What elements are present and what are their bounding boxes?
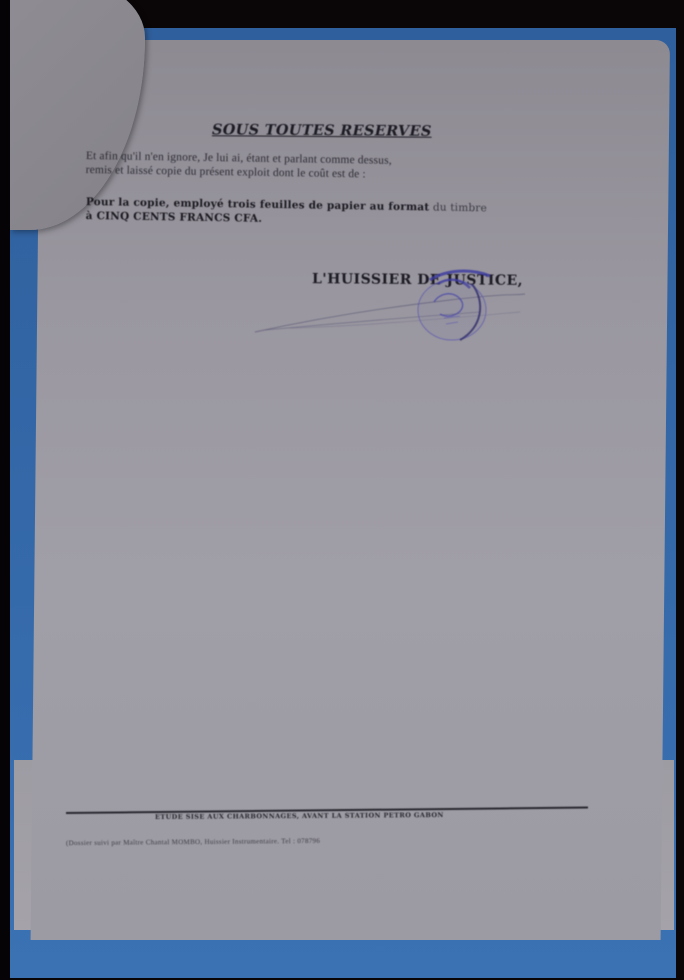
document-text: SOUS TOUTES RESERVES Et afin qu'il n'en …	[0, 0, 684, 980]
paragraph-service: Et afin qu'il n'en ignore, Je lui ai, ét…	[86, 150, 566, 185]
document-heading: SOUS TOUTES RESERVES	[212, 121, 432, 140]
official-stamp-icon	[400, 262, 510, 352]
paragraph-cost: Pour la copie, employé trois feuilles de…	[86, 196, 566, 231]
footer-address: ETUDE SISE AUX CHARBONNAGES, AVANT LA ST…	[155, 811, 444, 821]
normal-text: du timbre	[429, 201, 487, 214]
footer-note: (Dossier suivi par Maître Chantal MOMBO,…	[66, 837, 320, 847]
photo-scene: SOUS TOUTES RESERVES Et afin qu'il n'en …	[0, 0, 684, 980]
